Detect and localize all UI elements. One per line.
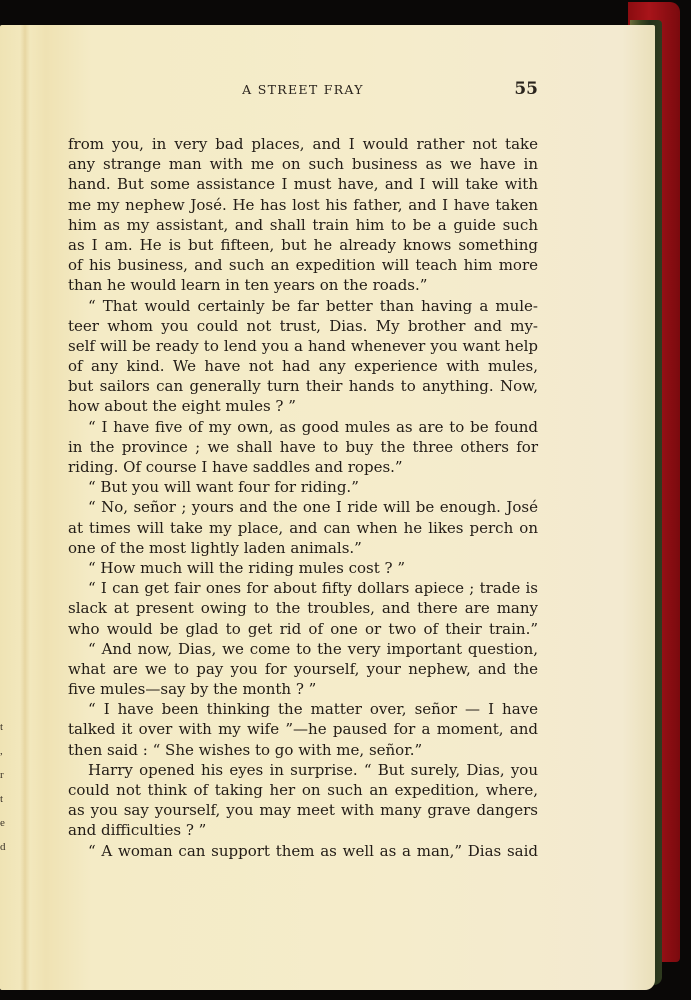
text-line: could not think of taking her on such an… xyxy=(68,780,538,800)
body-text: from you, in very bad places, and I woul… xyxy=(68,134,538,861)
text-line: in the province ; we shall have to buy t… xyxy=(68,437,538,457)
running-head: A STREET FRAY 55 xyxy=(68,79,538,101)
text-line: Harry opened his eyes in surprise. “ But… xyxy=(68,760,538,780)
margin-fragment: r xyxy=(0,763,10,787)
text-line: teer whom you could not trust, Dias. My … xyxy=(68,316,538,336)
text-line: hand. But some assistance I must have, a… xyxy=(68,174,538,194)
text-line: “ And now, Dias, we come to the very imp… xyxy=(68,639,538,659)
margin-fragment: e xyxy=(0,811,10,835)
text-line: “ A woman can support them as well as a … xyxy=(68,841,538,861)
margin-fragment: t xyxy=(0,787,10,811)
text-line: any strange man with me on such business… xyxy=(68,154,538,174)
page-number: 55 xyxy=(514,79,538,99)
text-line: as you say yourself, you may meet with m… xyxy=(68,800,538,820)
text-line: slack at present owing to the troubles, … xyxy=(68,598,538,618)
margin-fragment: d xyxy=(0,835,10,859)
text-line: riding. Of course I have saddles and rop… xyxy=(68,457,538,477)
text-line: what are we to pay you for yourself, you… xyxy=(68,659,538,679)
text-line: “ I have five of my own, as good mules a… xyxy=(68,417,538,437)
text-line: him as my assistant, and shall train him… xyxy=(68,215,538,235)
margin-fragment: , xyxy=(0,739,10,763)
chapter-title: A STREET FRAY xyxy=(68,82,538,97)
text-line: self will be ready to lend you a hand wh… xyxy=(68,336,538,356)
text-line: talked it over with my wife ”—he paused … xyxy=(68,719,538,739)
text-line: how about the eight mules ? ” xyxy=(68,396,538,416)
text-line: five mules—say by the month ? ” xyxy=(68,679,538,699)
text-line: but sailors can generally turn their han… xyxy=(68,376,538,396)
text-line: and difficulties ? ” xyxy=(68,820,538,840)
text-line: of any kind. We have not had any experie… xyxy=(68,356,538,376)
text-line: “ I can get fair ones for about fifty do… xyxy=(68,578,538,598)
book-scan: t,rted A STREET FRAY 55 from you, in ver… xyxy=(0,0,691,1000)
margin-fragment: t xyxy=(0,715,10,739)
text-line: “ But you will want four for riding.” xyxy=(68,477,538,497)
previous-page-text-fragments: t,rted xyxy=(0,715,10,859)
text-line: me my nephew José. He has lost his fathe… xyxy=(68,195,538,215)
text-line: from you, in very bad places, and I woul… xyxy=(68,134,538,154)
text-line: as I am. He is but fifteen, but he alrea… xyxy=(68,235,538,255)
text-line: “ How much will the riding mules cost ? … xyxy=(68,558,538,578)
text-line: than he would learn in ten years on the … xyxy=(68,275,538,295)
text-line: “ That would certainly be far better tha… xyxy=(68,296,538,316)
gutter-shadow xyxy=(20,25,30,990)
text-line: at times will take my place, and can whe… xyxy=(68,518,538,538)
text-line: “ No, señor ; yours and the one I ride w… xyxy=(68,497,538,517)
text-line: then said : “ She wishes to go with me, … xyxy=(68,740,538,760)
text-line: “ I have been thinking the matter over, … xyxy=(68,699,538,719)
text-line: of his business, and such an expedition … xyxy=(68,255,538,275)
text-line: who would be glad to get rid of one or t… xyxy=(68,619,538,639)
text-line: one of the most lightly laden animals.” xyxy=(68,538,538,558)
